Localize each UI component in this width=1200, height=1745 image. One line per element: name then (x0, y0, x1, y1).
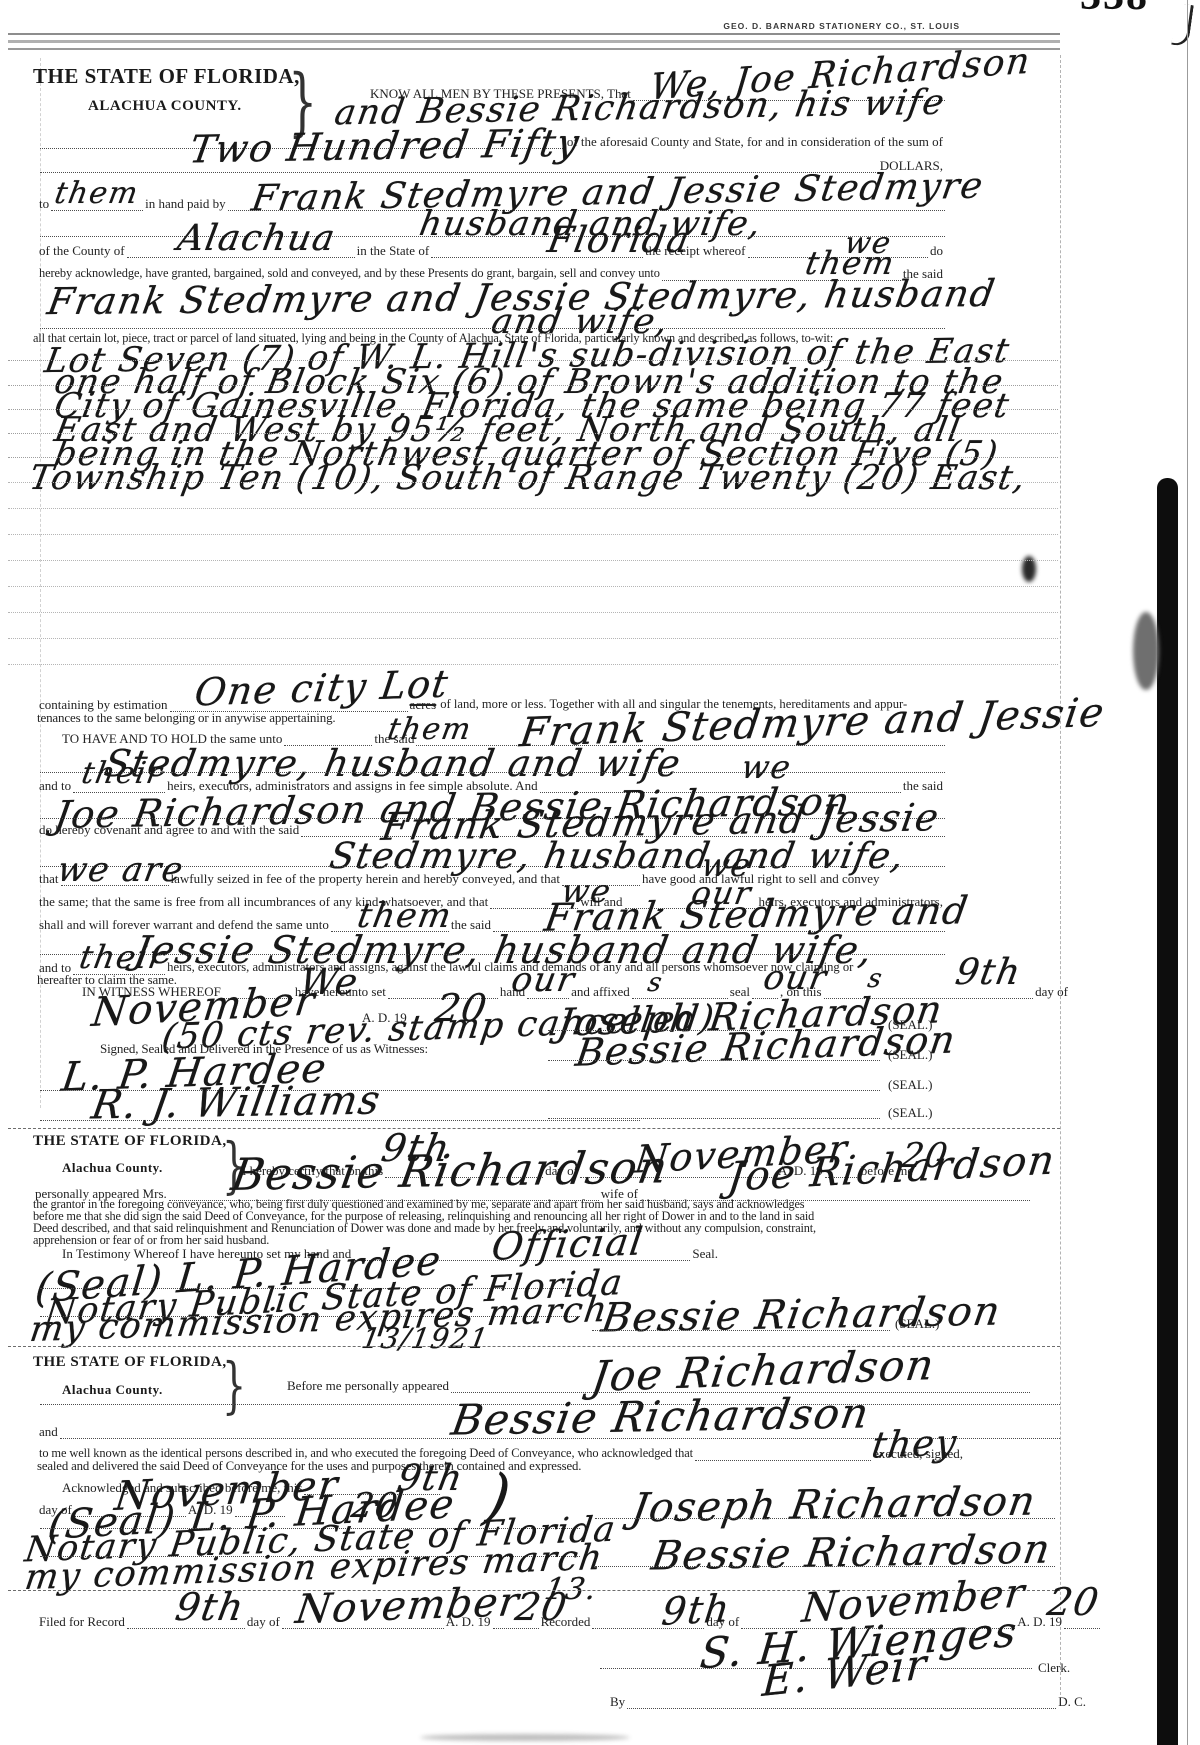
page-edge (1187, 0, 1188, 1745)
filing-by: By (608, 1694, 627, 1709)
seal-label-3: (SEAL.) (888, 1077, 932, 1093)
deed-tenances: tenances to the same belonging or in any… (37, 711, 336, 724)
hw-notary2-name2: Bessie Richardson (448, 1388, 873, 1444)
hw-filing-year1: 20 (512, 1585, 571, 1629)
clerk-label: Clerk. (1038, 1660, 1070, 1676)
hw-containing: One city Lot (192, 661, 452, 714)
notary2-county-heading: Alachua County. (62, 1382, 163, 1398)
binding-rule (8, 33, 1060, 35)
seal-label-4: (SEAL.) (888, 1105, 932, 1121)
hw-notary1-appeared-name: Bessie Richardson (228, 1142, 672, 1201)
deed-seized: lawfully seized in fee of the property h… (169, 871, 562, 886)
deed-in-state: in the State of (355, 243, 432, 258)
notary1-seal-dot: Seal. (690, 1246, 720, 1261)
seal-label-5: (SEAL.) (895, 1316, 939, 1332)
deed-and-to: and to (37, 778, 73, 793)
hw-notary1-dower-sig: Bessie Richardson (598, 1288, 1004, 1341)
hw-our-2: our (508, 960, 578, 1000)
page-number-clipped: 338 (1080, 0, 1160, 16)
notary1-state-heading: THE STATE OF FLORIDA, (33, 1133, 227, 1150)
hw-filing-day1: 9th (172, 1585, 248, 1629)
deed-state-heading: THE STATE OF FLORIDA, (33, 64, 300, 89)
deed-affixed: and affixed (569, 984, 632, 999)
notary2-before: Before me personally appeared (285, 1378, 451, 1393)
hw-them-1: them (52, 176, 142, 211)
notary2-state-heading: THE STATE OF FLORIDA, (33, 1354, 227, 1371)
deed-in-hand: in hand paid by (143, 196, 228, 211)
hw-desc-6: Township Ten (10), South of Range Twenty… (26, 458, 1029, 498)
hw-county: Alachua (174, 218, 339, 259)
hw-filing-month1: November (293, 1579, 523, 1633)
deed-record-page: GEO. D. BARNARD STATIONERY CO., ST. LOUI… (0, 0, 1200, 1745)
page-number: 338 (1080, 0, 1149, 16)
notary2-and: and (37, 1424, 60, 1439)
deed-consideration: of the aforesaid County and State, for a… (565, 134, 945, 149)
corner-mark (1171, 3, 1194, 47)
deed-day-of: day of (1033, 984, 1070, 999)
scan-smudge (420, 1734, 630, 1741)
deed-to: to (37, 196, 51, 211)
deed-the-said-3: the said (901, 778, 945, 793)
hw-state: Florida (544, 220, 693, 261)
filing-filed: Filed for Record (37, 1614, 127, 1629)
deed-claims: heirs, executors, administrators and ass… (165, 960, 855, 975)
hw-notary2-sig1: Joseph Richardson (628, 1478, 1039, 1531)
scan-ink-bar (1157, 478, 1178, 1745)
hw-we-are: we are (54, 850, 187, 890)
deed-do: do (928, 243, 945, 258)
notary2-brace: } (222, 1350, 246, 1420)
hw-their-2: their (77, 938, 169, 976)
right-ruling (1060, 55, 1061, 1705)
binding-rule (8, 40, 1060, 43)
hw-notary1-commission-date: 13/1921 (359, 1322, 492, 1355)
hw-notary1-official: Official (489, 1219, 647, 1269)
notary1-county-heading: Alachua County. (62, 1160, 163, 1176)
hw-filing-year2: 20 (1044, 1580, 1103, 1624)
scan-ink-blob (1133, 612, 1159, 690)
filing-dc: D. C. (1056, 1694, 1088, 1709)
deed-covenant: do hereby covenant and agree to and with… (37, 822, 301, 837)
seal-label-2: (SEAL.) (888, 1047, 932, 1063)
stationery-imprint: GEO. D. BARNARD STATIONERY CO., ST. LOUI… (630, 21, 960, 31)
deed-right-convey: have good and lawful right to sell and c… (640, 871, 882, 886)
hw-their-1: their (79, 756, 166, 791)
filing-day-of-1: day of (245, 1614, 282, 1629)
hw-notary2-they: they (869, 1422, 960, 1466)
deed-of-county: of the County of (37, 243, 127, 258)
hw-day: 9th (952, 952, 1024, 993)
left-ruling (40, 58, 41, 1108)
deed-county-heading: ALACHUA COUNTY. (88, 98, 242, 115)
